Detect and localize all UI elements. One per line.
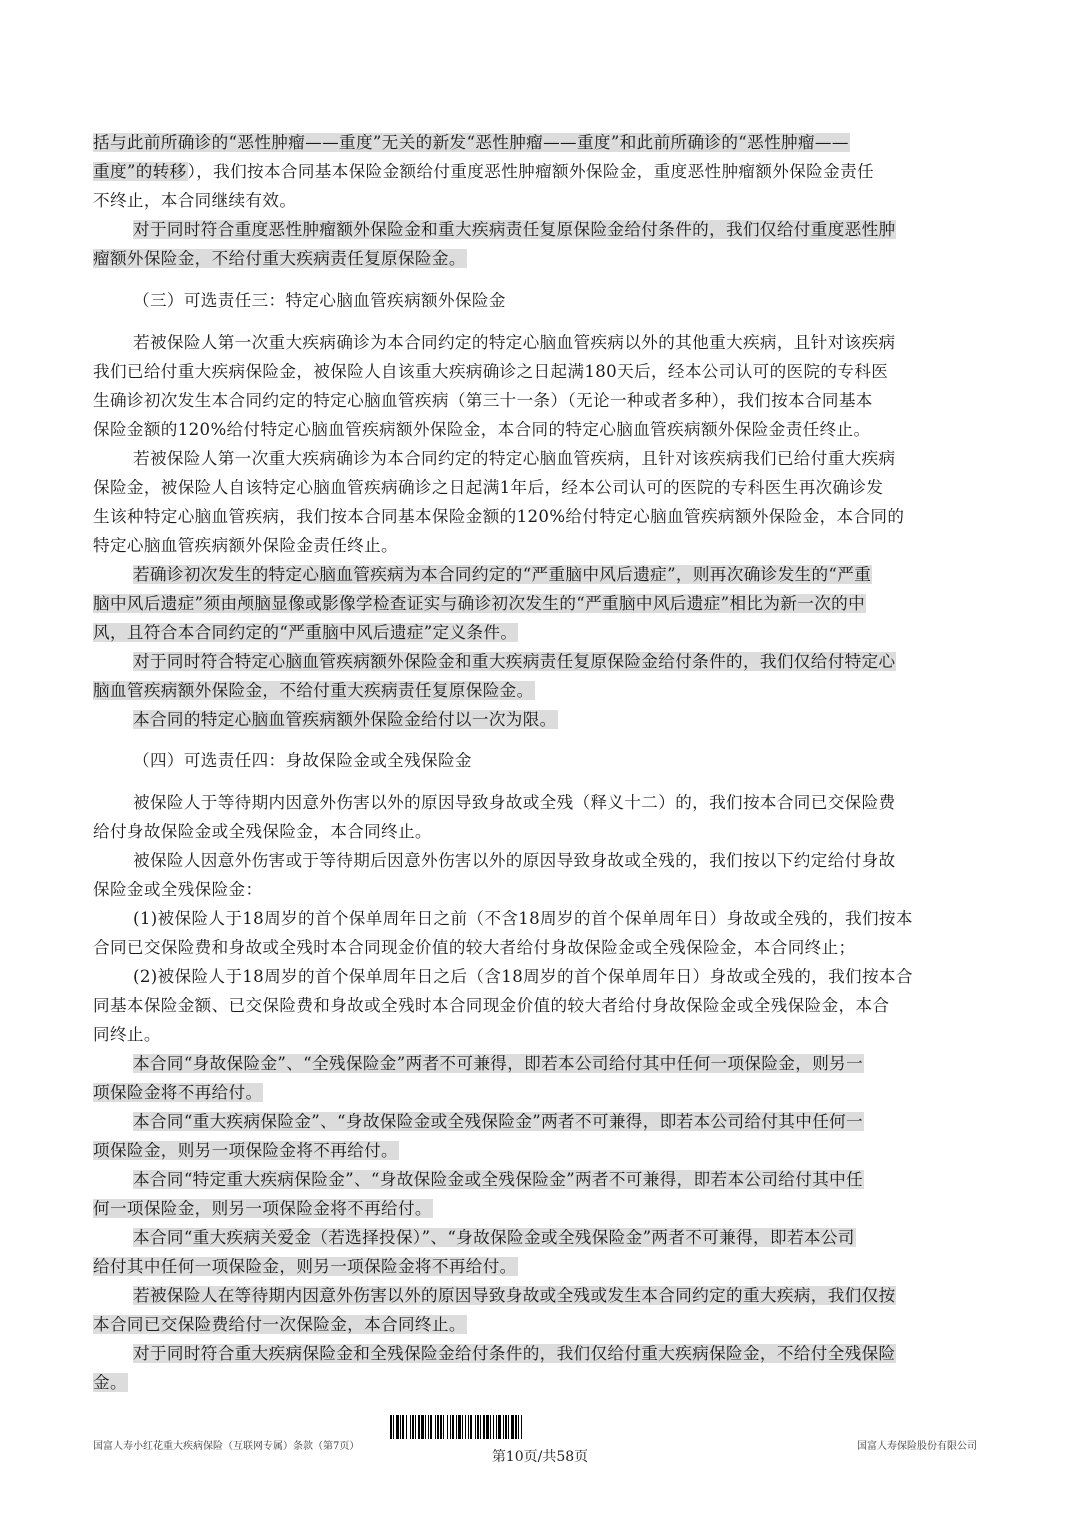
- text-line: 生确诊初次发生本合同约定的特定心脑血管疾病（第三十一条）（无论一种或者多种），我…: [93, 386, 873, 415]
- highlighted-text: 若确诊初次发生的特定心脑血管疾病为本合同约定的“严重脑中风后遗症”，则再次确诊发…: [133, 565, 872, 584]
- text-line: 何一项保险金，则另一项保险金将不再给付。: [93, 1194, 433, 1223]
- text-line: 对于同时符合重度恶性肿瘤额外保险金和重大疾病责任复原保险金给付条件的，我们仅给付…: [133, 215, 896, 244]
- highlighted-text: 金。: [93, 1373, 128, 1392]
- plain-text: 给付身故保险金或全残保险金，本合同终止。: [93, 822, 432, 841]
- highlighted-text: 脑中风后遗症”须由颅脑显像或影像学检查证实与确诊初次发生的“严重脑中风后遗症”相…: [93, 594, 866, 613]
- plain-text: 特定心脑血管疾病额外保险金责任终止。: [93, 536, 398, 555]
- plain-text: 被保险人因意外伤害或于等待期后因意外伤害以外的原因导致身故或全残的，我们按以下约…: [133, 851, 895, 870]
- text-line: 本合同“特定重大疾病保险金”、“身故保险金或全残保险金”两者不可兼得，即若本公司…: [133, 1165, 864, 1194]
- plain-text: （三）可选责任三：特定心脑血管疾病额外保险金: [133, 291, 506, 310]
- text-line: 保险金额的120%给付特定心脑血管疾病额外保险金，本合同的特定心脑血管疾病额外保…: [93, 415, 870, 444]
- text-line: 括与此前所确诊的“恶性肿瘤——重度”无关的新发“恶性肿瘤——重度”和此前所确诊的…: [93, 128, 850, 157]
- footer-company-name: 国富人寿保险股份有限公司: [857, 1437, 977, 1452]
- text-line: 同终止。: [93, 1020, 161, 1049]
- text-line: 若确诊初次发生的特定心脑血管疾病为本合同约定的“严重脑中风后遗症”，则再次确诊发…: [133, 560, 872, 589]
- text-line: 本合同的特定心脑血管疾病额外保险金给付以一次为限。: [133, 705, 558, 734]
- text-line: 保险金或全残保险金：: [93, 875, 262, 904]
- section-heading: （四）可选责任四：身故保险金或全残保险金: [133, 746, 472, 775]
- highlighted-text: 风，且符合本合同约定的“严重脑中风后遗症”定义条件。: [93, 623, 518, 642]
- text-line: 脑血管疾病额外保险金，不给付重大疾病责任复原保险金。: [93, 676, 535, 705]
- plain-text: 若被保险人第一次重大疾病确诊为本合同约定的特定心脑血管疾病以外的其他重大疾病，且…: [133, 333, 895, 352]
- highlighted-text: 本合同的特定心脑血管疾病额外保险金给付以一次为限。: [133, 710, 558, 729]
- text-line: 风，且符合本合同约定的“严重脑中风后遗症”定义条件。: [93, 618, 518, 647]
- plain-text: （四）可选责任四：身故保险金或全残保险金: [133, 751, 472, 770]
- text-line: 本合同已交保险费给付一次保险金，本合同终止。: [93, 1310, 467, 1339]
- text-line: 项保险金将不再给付。: [93, 1078, 263, 1107]
- text-line: 不终止，本合同继续有效。: [93, 186, 296, 215]
- highlighted-text: 重度”的转移: [93, 162, 188, 181]
- text-line: (2)被保险人于18周岁的首个保单周年日之后（含18周岁的首个保单周年日）身故或…: [133, 962, 913, 991]
- text-line: 生该种特定心脑血管疾病，我们按本合同基本保险金额的120%给付特定心脑血管疾病额…: [93, 502, 904, 531]
- highlighted-text: 对于同时符合重度恶性肿瘤额外保险金和重大疾病责任复原保险金给付条件的，我们仅给付…: [133, 220, 896, 239]
- text-line: 本合同“重大疾病保险金”、“身故保险金或全残保险金”两者不可兼得，即若本公司给付…: [133, 1107, 864, 1136]
- plain-text: 保险金额的120%给付特定心脑血管疾病额外保险金，本合同的特定心脑血管疾病额外保…: [93, 420, 870, 439]
- text-line: 我们已给付重大疾病保险金，被保险人自该重大疾病确诊之日起满180天后，经本公司认…: [93, 357, 888, 386]
- highlighted-text: 对于同时符合特定心脑血管疾病额外保险金和重大疾病责任复原保险金给付条件的，我们仅…: [133, 652, 896, 671]
- text-line: 金。: [93, 1368, 128, 1397]
- text-line: 若被保险人第一次重大疾病确诊为本合同约定的特定心脑血管疾病以外的其他重大疾病，且…: [133, 328, 895, 357]
- section-heading: （三）可选责任三：特定心脑血管疾病额外保险金: [133, 286, 506, 315]
- barcode-bar: [522, 1415, 525, 1439]
- plain-text: 合同已交保险费和身故或全残时本合同现金价值的较大者给付身故保险金或全残保险金，本…: [93, 938, 855, 957]
- text-line: 瘤额外保险金，不给付重大疾病责任复原保险金。: [93, 244, 467, 273]
- text-line: (1)被保险人于18周岁的首个保单周年日之前（不含18周岁的首个保单周年日）身故…: [133, 904, 913, 933]
- highlighted-text: 给付其中任何一项保险金，则另一项保险金将不再给付。: [93, 1257, 518, 1276]
- text-line: 保险金，被保险人自该特定心脑血管疾病确诊之日起满1年后，经本公司认可的医院的专科…: [93, 473, 883, 502]
- plain-text: ），我们按本合同基本保险金额给付重度恶性肿瘤额外保险金，重度恶性肿瘤额外保险金责…: [188, 162, 874, 181]
- highlighted-text: 本合同已交保险费给付一次保险金，本合同终止。: [93, 1315, 467, 1334]
- text-line: 若被保险人在等待期内因意外伤害以外的原因导致身故或全残或发生本合同约定的重大疾病…: [133, 1281, 896, 1310]
- highlighted-text: 本合同“特定重大疾病保险金”、“身故保险金或全残保险金”两者不可兼得，即若本公司…: [133, 1170, 864, 1189]
- highlighted-text: 对于同时符合重大疾病保险金和全残保险金给付条件的，我们仅给付重大疾病保险金，不给…: [133, 1344, 896, 1363]
- barcode: [390, 1415, 698, 1439]
- text-line: 被保险人因意外伤害或于等待期后因意外伤害以外的原因导致身故或全残的，我们按以下约…: [133, 846, 895, 875]
- highlighted-text: 何一项保险金，则另一项保险金将不再给付。: [93, 1199, 433, 1218]
- plain-text: 被保险人于等待期内因意外伤害以外的原因导致身故或全残（释义十二）的，我们按本合同…: [133, 793, 895, 812]
- text-line: 重度”的转移），我们按本合同基本保险金额给付重度恶性肿瘤额外保险金，重度恶性肿瘤…: [93, 157, 874, 186]
- highlighted-text: 瘤额外保险金，不给付重大疾病责任复原保险金。: [93, 249, 467, 268]
- plain-text: 若被保险人第一次重大疾病确诊为本合同约定的特定心脑血管疾病，且针对该疾病我们已给…: [133, 449, 895, 468]
- plain-text: 不终止，本合同继续有效。: [93, 191, 296, 210]
- text-line: 同基本保险金额、已交保险费和身故或全残时本合同现金价值的较大者给付身故保险金或全…: [93, 991, 889, 1020]
- highlighted-text: 本合同“重大疾病保险金”、“身故保险金或全残保险金”两者不可兼得，即若本公司给付…: [133, 1112, 864, 1131]
- plain-text: 同终止。: [93, 1025, 161, 1044]
- plain-text: 生确诊初次发生本合同约定的特定心脑血管疾病（第三十一条）（无论一种或者多种），我…: [93, 391, 873, 410]
- text-line: 本合同“重大疾病关爱金（若选择投保）”、“身故保险金或全残保险金”两者不可兼得，…: [133, 1223, 856, 1252]
- plain-text: 我们已给付重大疾病保险金，被保险人自该重大疾病确诊之日起满180天后，经本公司认…: [93, 362, 888, 381]
- plain-text: 同基本保险金额、已交保险费和身故或全残时本合同现金价值的较大者给付身故保险金或全…: [93, 996, 889, 1015]
- text-line: 脑中风后遗症”须由颅脑显像或影像学检查证实与确诊初次发生的“严重脑中风后遗症”相…: [93, 589, 866, 618]
- text-line: 本合同“身故保险金”、“全残保险金”两者不可兼得，即若本公司给付其中任何一项保险…: [133, 1049, 864, 1078]
- plain-text: 保险金或全残保险金：: [93, 880, 262, 899]
- text-line: 对于同时符合特定心脑血管疾病额外保险金和重大疾病责任复原保险金给付条件的，我们仅…: [133, 647, 896, 676]
- plain-text: (2)被保险人于18周岁的首个保单周年日之后（含18周岁的首个保单周年日）身故或…: [133, 967, 913, 986]
- highlighted-text: 本合同“重大疾病关爱金（若选择投保）”、“身故保险金或全残保险金”两者不可兼得，…: [133, 1228, 856, 1247]
- page-footer: 国富人寿小红花重大疾病保险（互联网专属）条款（第7页） 第10页/共58页 国富…: [0, 1415, 1080, 1475]
- highlighted-text: 若被保险人在等待期内因意外伤害以外的原因导致身故或全残或发生本合同约定的重大疾病…: [133, 1286, 896, 1305]
- text-line: 被保险人于等待期内因意外伤害以外的原因导致身故或全残（释义十二）的，我们按本合同…: [133, 788, 895, 817]
- text-line: 合同已交保险费和身故或全残时本合同现金价值的较大者给付身故保险金或全残保险金，本…: [93, 933, 855, 962]
- plain-text: 生该种特定心脑血管疾病，我们按本合同基本保险金额的120%给付特定心脑血管疾病额…: [93, 507, 904, 526]
- text-line: 给付其中任何一项保险金，则另一项保险金将不再给付。: [93, 1252, 518, 1281]
- text-line: 特定心脑血管疾病额外保险金责任终止。: [93, 531, 398, 560]
- highlighted-text: 本合同“身故保险金”、“全残保险金”两者不可兼得，即若本公司给付其中任何一项保险…: [133, 1054, 864, 1073]
- text-line: 项保险金，则另一项保险金将不再给付。: [93, 1136, 399, 1165]
- plain-text: 保险金，被保险人自该特定心脑血管疾病确诊之日起满1年后，经本公司认可的医院的专科…: [93, 478, 883, 497]
- text-line: 给付身故保险金或全残保险金，本合同终止。: [93, 817, 432, 846]
- text-line: 对于同时符合重大疾病保险金和全残保险金给付条件的，我们仅给付重大疾病保险金，不给…: [133, 1339, 896, 1368]
- text-line: 若被保险人第一次重大疾病确诊为本合同约定的特定心脑血管疾病，且针对该疾病我们已给…: [133, 444, 895, 473]
- highlighted-text: 脑血管疾病额外保险金，不给付重大疾病责任复原保险金。: [93, 681, 535, 700]
- plain-text: (1)被保险人于18周岁的首个保单周年日之前（不含18周岁的首个保单周年日）身故…: [133, 909, 913, 928]
- highlighted-text: 项保险金将不再给付。: [93, 1083, 263, 1102]
- highlighted-text: 括与此前所确诊的“恶性肿瘤——重度”无关的新发“恶性肿瘤——重度”和此前所确诊的…: [93, 133, 850, 152]
- highlighted-text: 项保险金，则另一项保险金将不再给付。: [93, 1141, 399, 1160]
